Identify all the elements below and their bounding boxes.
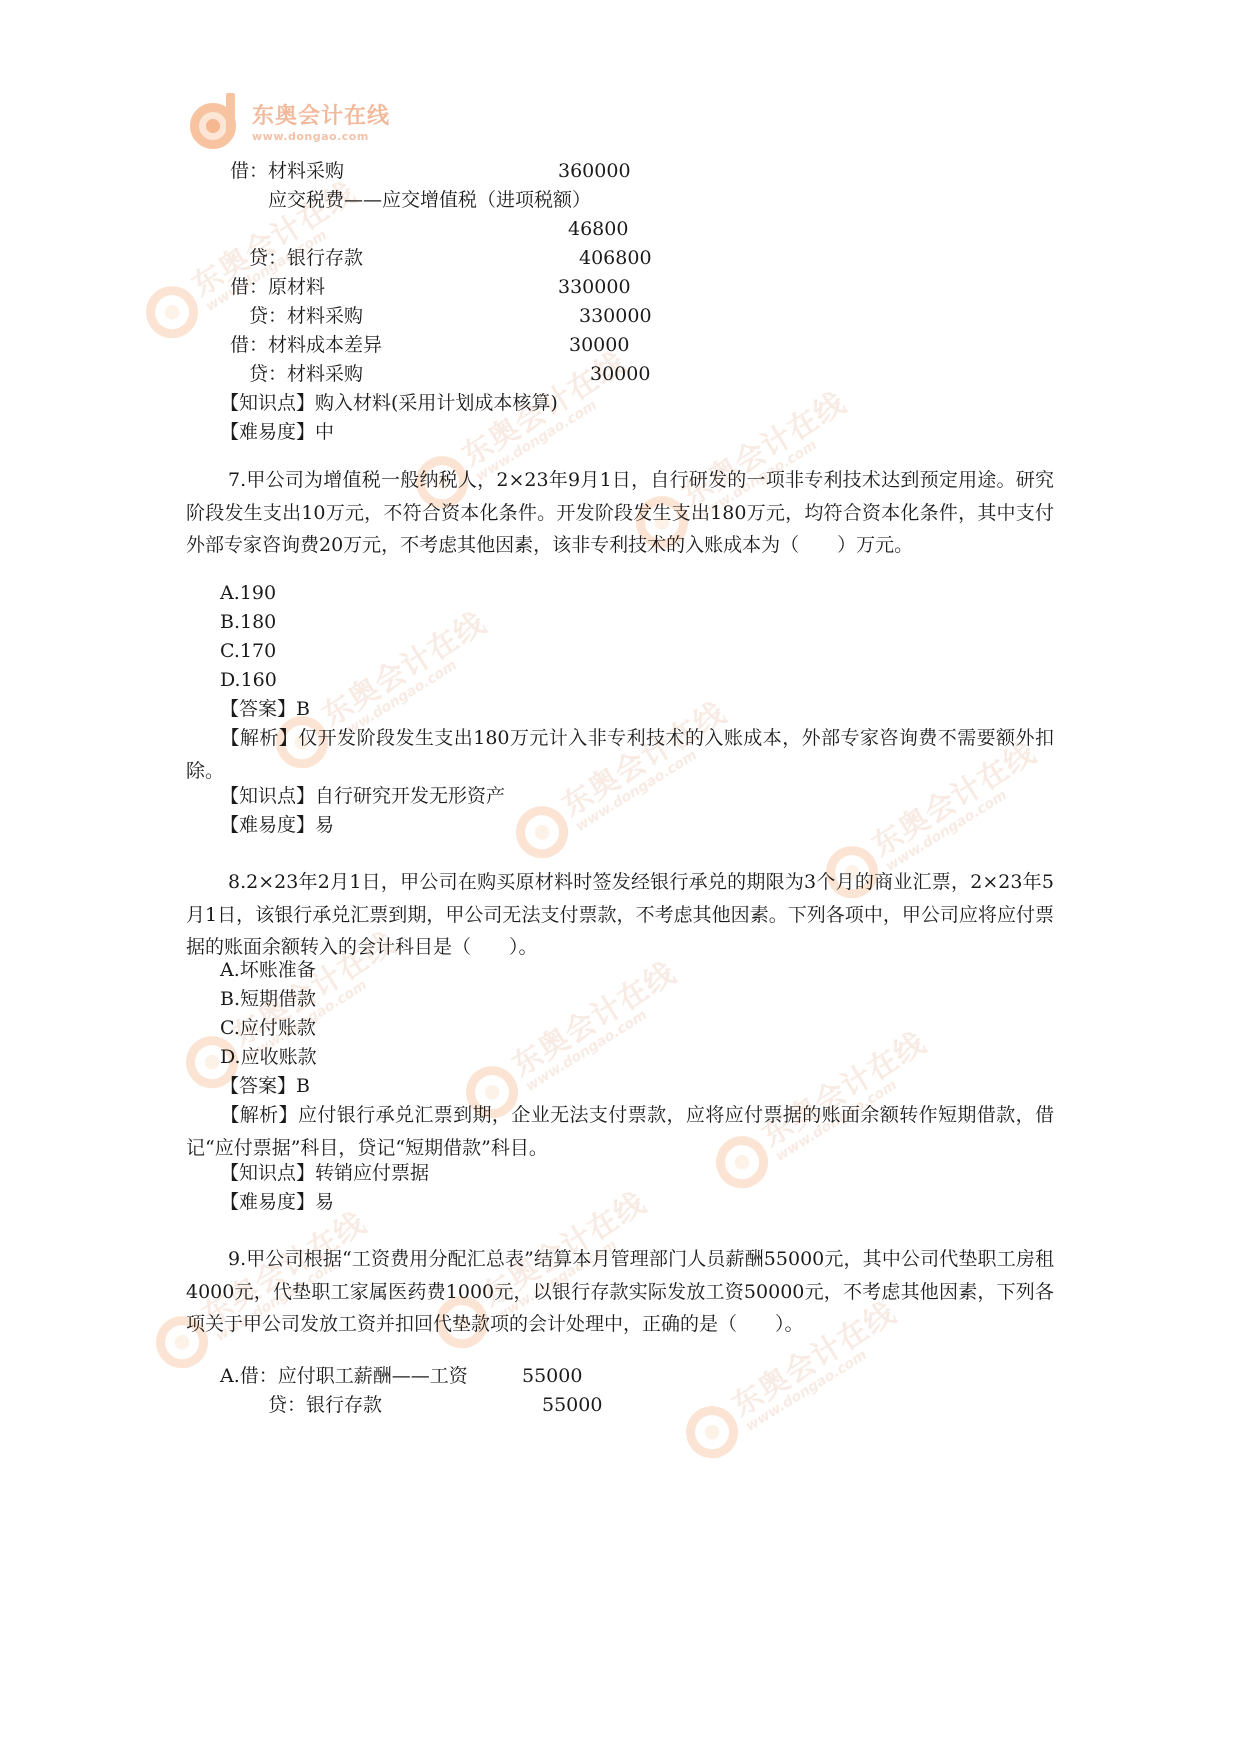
document-page: 东奥会计在线www.dongao.com 东奥会计在线www.dongao.co…: [0, 0, 1240, 1753]
entry-amount: 330000: [558, 274, 631, 300]
option-a-credit-amount: 55000: [542, 1392, 602, 1418]
knowledge-point: 【知识点】自行研究开发无形资产: [220, 783, 505, 809]
logo-url: www.dongao.com: [252, 130, 390, 143]
option-a: A.190: [220, 580, 276, 606]
dongao-logo-icon: [190, 93, 246, 149]
knowledge-point: 【知识点】购入材料(采用计划成本核算): [220, 390, 558, 416]
analysis: 【解析】应付银行承兑汇票到期，企业无法支付票款，应将应付票据的账面余额转作短期借…: [186, 1099, 1054, 1164]
option-d: D.160: [220, 667, 277, 693]
question-stem: 9.甲公司根据“工资费用分配汇总表”结算本月管理部门人员薪酬55000元，其中公…: [186, 1243, 1054, 1341]
difficulty: 【难易度】易: [220, 1189, 334, 1215]
analysis: 【解析】仅开发阶段发生支出180万元计入非专利技术的入账成本，外部专家咨询费不需…: [186, 722, 1054, 787]
entry-amount: 406800: [579, 245, 652, 271]
entry-row: 贷：银行存款: [249, 245, 363, 271]
option-c: C.应付账款: [220, 1015, 316, 1041]
entry-row: 贷：材料采购: [249, 303, 363, 329]
difficulty: 【难易度】中: [220, 419, 334, 445]
entry-row: 借：材料采购: [230, 158, 344, 184]
watermark-logo-icon: [136, 276, 208, 348]
option-a-debit: A.借：应付职工薪酬——工资: [220, 1363, 468, 1389]
option-b: B.180: [220, 609, 276, 635]
entry-row: 借：材料成本差异: [230, 332, 382, 358]
entry-amount: 30000: [569, 332, 629, 358]
entry-amount: 330000: [579, 303, 652, 329]
header-logo: 东奥会计在线 www.dongao.com: [190, 93, 390, 149]
answer: 【答案】B: [220, 1073, 310, 1099]
knowledge-point: 【知识点】转销应付票据: [220, 1160, 429, 1186]
entry-amount: 360000: [558, 158, 631, 184]
option-a-debit-amount: 55000: [522, 1363, 582, 1389]
entry-row: 借：原材料: [230, 274, 325, 300]
difficulty: 【难易度】易: [220, 812, 334, 838]
answer: 【答案】B: [220, 696, 310, 722]
question-stem: 7.甲公司为增值税一般纳税人，2×23年9月1日，自行研发的一项非专利技术达到预…: [186, 464, 1054, 562]
logo-title: 东奥会计在线: [252, 99, 390, 130]
entry-amount: 46800: [568, 216, 628, 242]
option-c: C.170: [220, 638, 276, 664]
entry-row: 贷：材料采购: [249, 361, 363, 387]
option-d: D.应收账款: [220, 1044, 317, 1070]
option-a: A.坏账准备: [220, 957, 316, 983]
watermark-logo-icon: [506, 796, 578, 868]
watermark-logo-icon: [676, 1396, 748, 1468]
option-b: B.短期借款: [220, 986, 316, 1012]
question-stem: 8.2×23年2月1日，甲公司在购买原材料时签发经银行承兑的期限为3个月的商业汇…: [186, 866, 1054, 964]
entry-row: 应交税费——应交增值税（进项税额）: [268, 187, 591, 213]
option-a-credit: 贷：银行存款: [268, 1392, 382, 1418]
entry-amount: 30000: [590, 361, 650, 387]
